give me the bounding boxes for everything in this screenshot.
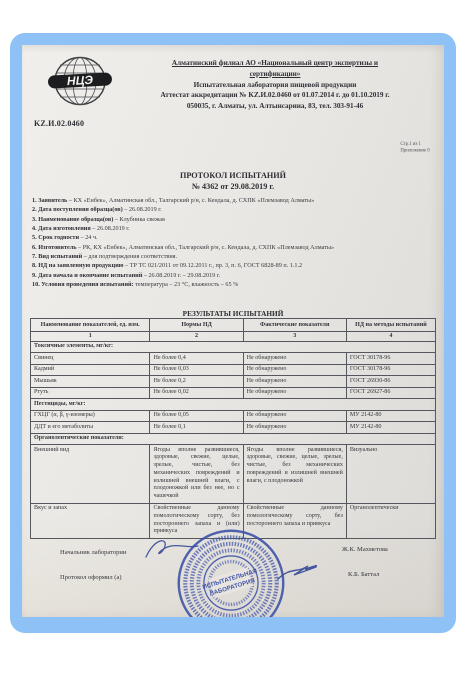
table-cell: Не более 0,03 [150,364,243,376]
table-cell: Не более 0,2 [150,376,243,388]
table-cell: Не обнаружено [243,422,346,434]
table-cell: Не обнаружено [243,353,346,365]
table-cell: Вкус и запах [31,503,150,538]
table-cell: ГОСТ 30178-96 [346,353,435,365]
address-line: 050035, г. Алматы, ул. Алтынсарина, 83, … [114,101,436,112]
detail-value: – 24 ч. [81,234,98,241]
org-name-line2: сертификации» [114,69,436,80]
results-title: РЕЗУЛЬТАТЫ ИСПЫТАНИЙ [22,309,444,318]
detail-line: 5. Срок годности – 24 ч. [32,233,432,242]
table-cell: Свинец [31,353,150,365]
accreditation-code: KZ.И.02.0460 [34,119,84,128]
table-row: КадмийНе более 0,03Не обнаруженоГОСТ 301… [31,364,436,376]
detail-label: 9. Дата начала и окончание испытаний [32,272,144,279]
appendix-number: Приложение 0 [401,147,430,153]
detail-value: – ТР ТС 021/2011 от 09.12.2011 г., пр. 3… [125,262,302,269]
table-cell: Не обнаружено [243,410,346,422]
detail-label: 10. Условия проведения испытаний: [32,281,135,288]
detail-value: – 26.08.2019 г. [92,225,129,232]
detail-line: 6. Изготовитель – РК, КХ «Енбек», Алмати… [32,243,432,252]
table-cell: МУ 2142-80 [346,422,435,434]
protocol-title-line2: № 4362 от 29.08.2019 г. [22,182,444,193]
column-header: НД на методы испытаний [346,319,435,332]
detail-value: – Клубника свежая [115,216,165,223]
table-cell: Не обнаружено [243,364,346,376]
laboratory-stamp: ИСПЫТАТЕЛЬНАЯ ЛАБОРАТОРИЯ [175,527,287,617]
column-number: 4 [346,332,435,342]
table-cell: ГХЦГ (α, β, γ-изомеры) [31,410,150,422]
column-header: Нормы НД [150,319,243,332]
table-cell: ГОСТ 26927-86 [346,387,435,399]
protocol-title: ПРОТОКОЛ ИСПЫТАНИЙ № 4362 от 29.08.2019 … [22,171,444,192]
detail-line: 9. Дата начала и окончание испытаний – 2… [32,271,432,280]
table-cell: Внешний вид [31,445,150,504]
detail-label: 2. Дата поступления образца(ов) [32,206,124,213]
document-header: Алматинский филиал АО «Национальный цент… [114,58,436,112]
table-cell: Не более 0,05 [150,410,243,422]
table-header-row: Наименование показателей, ед. изм. Нормы… [31,319,436,332]
detail-line: 3. Наименование образца(ов) – Клубника с… [32,215,432,224]
detail-label: 6. Изготовитель [32,244,78,251]
detail-line: 1. Заявитель – КХ «Енбек», Алматинская о… [32,196,432,205]
table-section-row: Пестициды, мг/кг: [31,399,436,411]
table-cell: Не более 0,4 [150,353,243,365]
detail-label: 8. НД на заявленную продукцию [32,262,125,269]
photo-frame: НЦЭ KZ.И.02.0460 Алматинский филиал АО «… [10,33,456,633]
attestation-line: Аттестат аккредитации № KZ.И.02.0460 от … [114,90,436,101]
detail-line: 7. Вид испытаний – для подтверждения соо… [32,252,432,261]
table-cell: Мышьяк [31,376,150,388]
page-info: Стр.1 из 1 Приложение 0 [401,141,430,154]
detail-line: 10. Условия проведения испытаний: темпер… [32,280,432,289]
table-cell: Кадмий [31,364,150,376]
detail-value: температура – 23 °С, влажность – 65 % [135,281,238,288]
column-number: 2 [150,332,243,342]
section-label: Пестициды, мг/кг: [31,399,436,411]
detail-label: 3. Наименование образца(ов) [32,216,115,223]
column-number: 3 [243,332,346,342]
detail-label: 5. Срок годности [32,234,81,241]
table-row: ГХЦГ (α, β, γ-изомеры)Не более 0,05Не об… [31,410,436,422]
table-cell: Не более 0,02 [150,387,243,399]
detail-value: – КХ «Енбек», Алматинская обл., Талгарск… [69,197,314,204]
table-cell: Ртуть [31,387,150,399]
section-label: Органолептические показатели: [31,433,436,445]
table-cell: Не обнаружено [243,376,346,388]
table-cell: Визуально [346,445,435,504]
table-cell: ГОСТ 30178-96 [346,364,435,376]
signoff-name-author: К.Б. Баттал [348,571,379,578]
org-name-line1: Алматинский филиал АО «Национальный цент… [114,58,436,69]
detail-value: – РК, КХ «Енбек», Алматинская обл., Талг… [78,244,334,251]
detail-label: 7. Вид испытаний [32,253,84,260]
detail-value: – для подтверждения соответствия. [84,253,177,260]
column-number: 1 [31,332,150,342]
detail-label: 4. Дата изготовления [32,225,92,232]
results-table: Наименование показателей, ед. изм. Нормы… [30,318,436,539]
lab-name: Испытательная лаборатория пищевой продук… [114,80,436,91]
detail-value: – 26.08.2019 г. [124,206,161,213]
table-cell: Органолептически [346,503,435,538]
organization-logo-globe-icon: НЦЭ [48,53,112,113]
column-number-row: 1 2 3 4 [31,332,436,342]
table-cell: Ягоды вполне развившиеся, здоровые, свеж… [150,445,243,504]
protocol-details-list: 1. Заявитель – КХ «Енбек», Алматинская о… [32,196,432,289]
table-section-row: Токсичные элементы, мг/кг: [31,341,436,353]
table-cell: ДДТ и его метаболиты [31,422,150,434]
logo-abbr: НЦЭ [67,73,94,88]
table-row: МышьякНе более 0,2Не обнаруженоГОСТ 2693… [31,376,436,388]
table-section-row: Органолептические показатели: [31,433,436,445]
section-label: Токсичные элементы, мг/кг: [31,341,436,353]
column-header: Фактические показатели [243,319,346,332]
signoff-role-author: Протокол оформил (а) [60,574,122,581]
table-row: РтутьНе более 0,02Не обнаруженоГОСТ 2692… [31,387,436,399]
detail-line: 2. Дата поступления образца(ов) – 26.08.… [32,205,432,214]
table-cell: МУ 2142-80 [346,410,435,422]
column-header: Наименование показателей, ед. изм. [31,319,150,332]
protocol-title-line1: ПРОТОКОЛ ИСПЫТАНИЙ [22,171,444,182]
document-scan: НЦЭ KZ.И.02.0460 Алматинский филиал АО «… [22,45,444,617]
table-cell: ГОСТ 26930-86 [346,376,435,388]
table-row: Внешний видЯгоды вполне развившиеся, здо… [31,445,436,504]
signoff-role-head: Начальник лаборатории [60,549,126,556]
table-cell: Не обнаружено [243,387,346,399]
table-cell: Не более 0,1 [150,422,243,434]
table-cell: Ягоды вполне развившиеся, здоровые, свеж… [243,445,346,504]
table-row: ДДТ и его метаболитыНе более 0,1Не обнар… [31,422,436,434]
detail-line: 8. НД на заявленную продукцию – ТР ТС 02… [32,261,432,270]
table-row: СвинецНе более 0,4Не обнаруженоГОСТ 3017… [31,353,436,365]
detail-label: 1. Заявитель [32,197,69,204]
detail-value: – 26.08.2019 г. – 29.08.2019 г. [144,272,220,279]
signoff-name-head: Ж.К. Махметова [342,546,388,553]
detail-line: 4. Дата изготовления – 26.08.2019 г. [32,224,432,233]
